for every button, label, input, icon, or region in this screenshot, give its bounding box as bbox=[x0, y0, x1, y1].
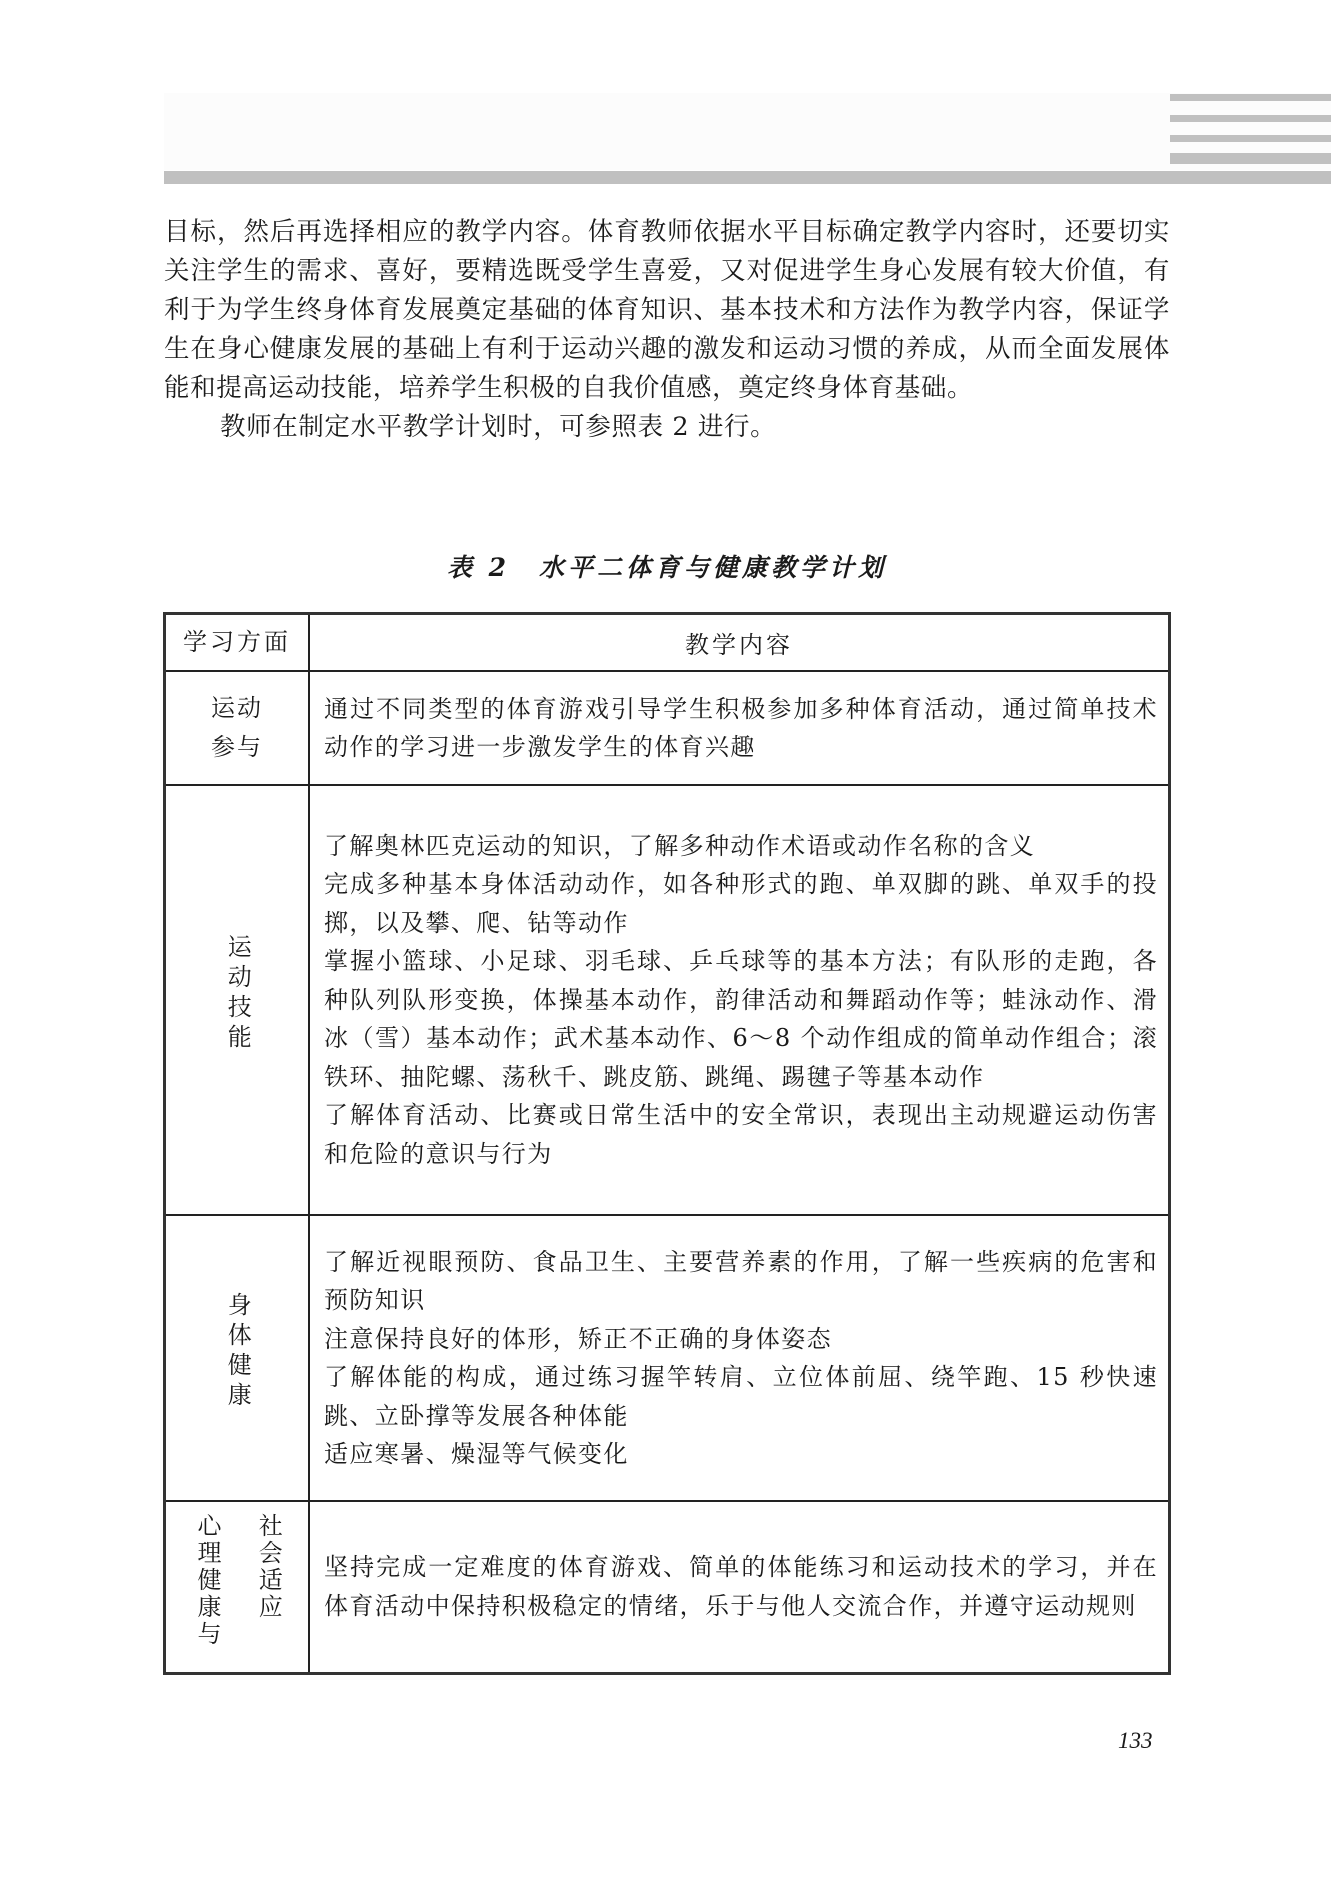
header-decoration-line bbox=[1170, 94, 1331, 101]
body-text: 目标，然后再选择相应的教学内容。体育教师依据水平目标确定教学内容时，还要切实关注… bbox=[164, 213, 1170, 447]
header-decoration-line bbox=[1170, 135, 1331, 142]
header-decoration-line bbox=[1170, 153, 1331, 164]
content-cell: 了解近视眼预防、食品卫生、主要营养素的作用，了解一些疾病的危害和预防知识 注意保… bbox=[309, 1215, 1170, 1501]
aspect-cell: 社会适应 心理健康与 bbox=[165, 1501, 310, 1673]
table-row: 运动技能 了解奥林匹克运动的知识，了解多种动作术语或动作名称的含义 完成多种基本… bbox=[165, 785, 1170, 1215]
column-header-content: 教学内容 bbox=[309, 614, 1170, 672]
page-number: 133 bbox=[1118, 1728, 1153, 1754]
content-cell: 了解奥林匹克运动的知识，了解多种动作术语或动作名称的含义 完成多种基本身体活动动… bbox=[309, 785, 1170, 1215]
table-row: 身体健康 了解近视眼预防、食品卫生、主要营养素的作用，了解一些疾病的危害和预防知… bbox=[165, 1215, 1170, 1501]
paragraph: 目标，然后再选择相应的教学内容。体育教师依据水平目标确定教学内容时，还要切实关注… bbox=[164, 213, 1170, 408]
table-header-row: 学习方面 教学内容 bbox=[165, 614, 1170, 672]
table-row: 运动 参与 通过不同类型的体育游戏引导学生积极参加多种体育活动，通过简单技术动作… bbox=[165, 671, 1170, 785]
table-row: 社会适应 心理健康与 坚持完成一定难度的体育游戏、简单的体能练习和运动技术的学习… bbox=[165, 1501, 1170, 1673]
header-band bbox=[164, 93, 1331, 170]
paragraph: 教师在制定水平教学计划时，可参照表 2 进行。 bbox=[164, 408, 1170, 447]
column-header-aspect: 学习方面 bbox=[165, 614, 310, 672]
aspect-cell: 身体健康 bbox=[165, 1215, 310, 1501]
teaching-plan-table: 学习方面 教学内容 运动 参与 通过不同类型的体育游戏引导学生积极参加多种体育活… bbox=[163, 612, 1171, 1675]
content-cell: 坚持完成一定难度的体育游戏、简单的体能练习和运动技术的学习，并在体育活动中保持积… bbox=[309, 1501, 1170, 1673]
aspect-cell: 运动技能 bbox=[165, 785, 310, 1215]
header-rule bbox=[164, 171, 1331, 184]
table-caption: 表 2 水平二体育与健康教学计划 bbox=[164, 548, 1170, 584]
header-decoration-line bbox=[1170, 115, 1331, 122]
aspect-cell: 运动 参与 bbox=[165, 671, 310, 785]
content-cell: 通过不同类型的体育游戏引导学生积极参加多种体育活动，通过简单技术动作的学习进一步… bbox=[309, 671, 1170, 785]
